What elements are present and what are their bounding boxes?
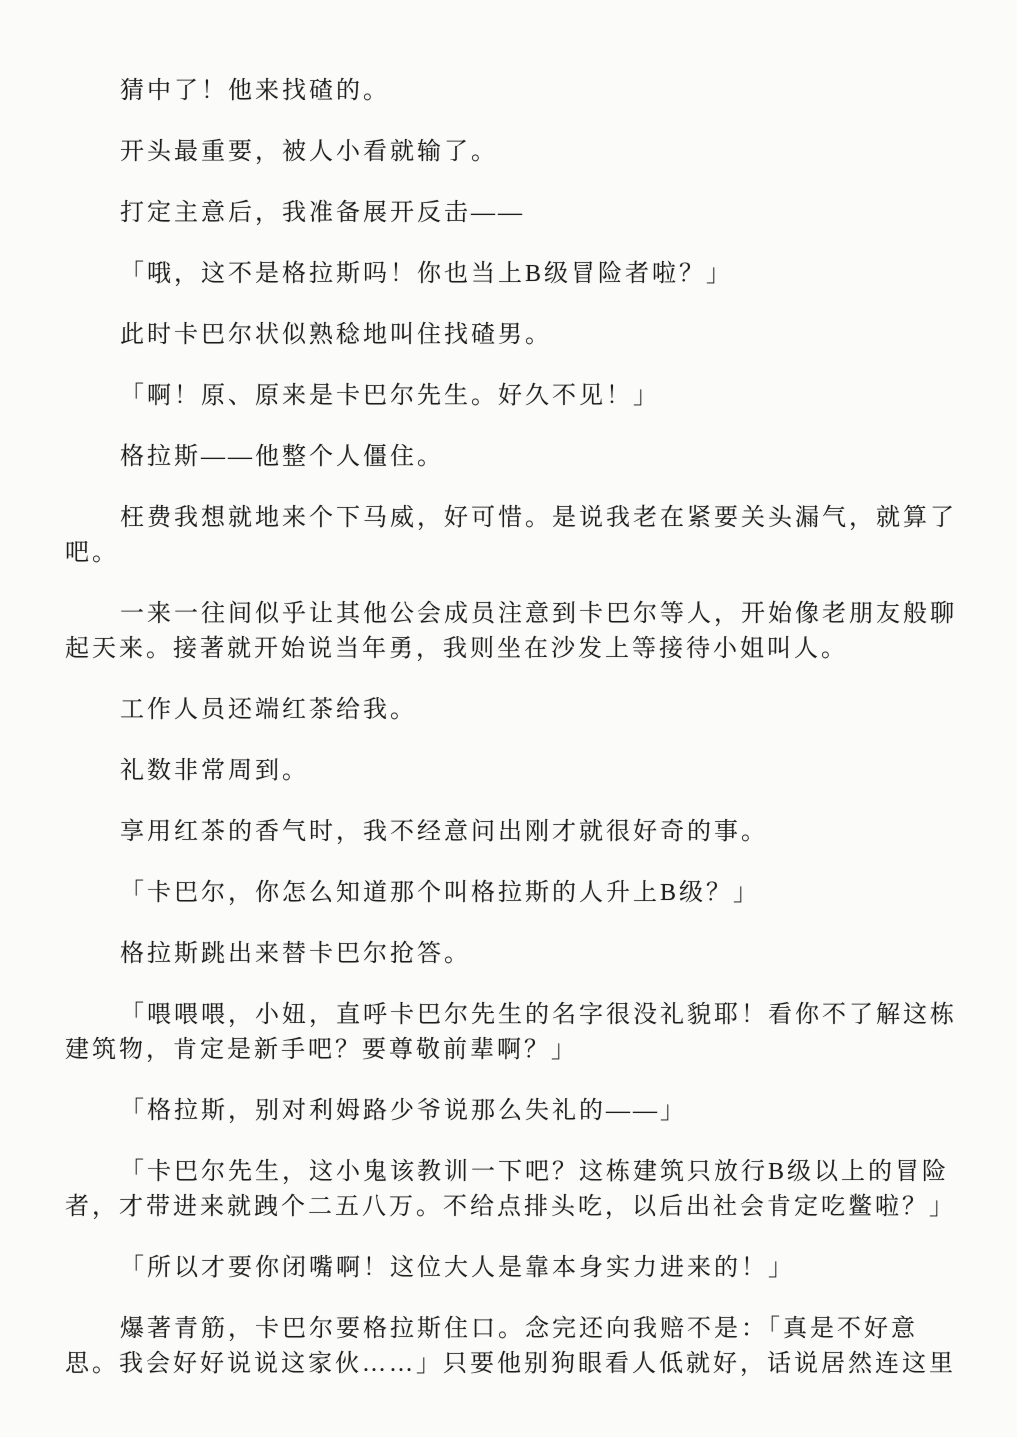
paragraph: 「喂喂喂，小妞，直呼卡巴尔先生的名字很没礼貌耶！看你不了解这栋建筑物，肯定是新手… — [65, 998, 959, 1068]
paragraph: 猜中了！他来找碴的。 — [65, 74, 959, 109]
text-line: 爆著青筋，卡巴尔要格拉斯住口。念完还向我赔不是：「真是不好意 — [65, 1312, 959, 1347]
text-line: 打定主意后，我准备展开反击—— — [65, 196, 959, 231]
text-line: 「所以才要你闭嘴啊！这位大人是靠本身实力进来的！」 — [65, 1251, 959, 1286]
paragraph: 礼数非常周到。 — [65, 754, 959, 789]
paragraph: 一来一往间似乎让其他公会成员注意到卡巴尔等人，开始像老朋友般聊起天来。接著就开始… — [65, 597, 959, 667]
text-line: 枉费我想就地来个下马威，好可惜。是说我老在紧要关头漏气，就算了 — [65, 501, 959, 536]
paragraph: 享用红茶的香气时，我不经意问出刚才就很好奇的事。 — [65, 815, 959, 850]
text-line: 猜中了！他来找碴的。 — [65, 74, 959, 109]
text-line: 开头最重要，被人小看就输了。 — [65, 135, 959, 170]
paragraph: 「卡巴尔，你怎么知道那个叫格拉斯的人升上B级？」 — [65, 876, 959, 911]
paragraph: 工作人员还端红茶给我。 — [65, 693, 959, 728]
paragraph: 「所以才要你闭嘴啊！这位大人是靠本身实力进来的！」 — [65, 1251, 959, 1286]
text-line: 思。我会好好说说这家伙……」只要他别狗眼看人低就好，话说居然连这里 — [65, 1347, 959, 1382]
paragraph: 「格拉斯，别对利姆路少爷说那么失礼的——」 — [65, 1094, 959, 1129]
text-line: 者，才带进来就跩个二五八万。不给点排头吃，以后出社会肯定吃鳖啦？」 — [65, 1190, 959, 1225]
paragraph: 打定主意后，我准备展开反击—— — [65, 196, 959, 231]
text-line: 工作人员还端红茶给我。 — [65, 693, 959, 728]
text-line: 此时卡巴尔状似熟稔地叫住找碴男。 — [65, 318, 959, 353]
paragraph: 格拉斯跳出来替卡巴尔抢答。 — [65, 937, 959, 972]
text-line: 起天来。接著就开始说当年勇，我则坐在沙发上等接待小姐叫人。 — [65, 632, 959, 667]
text-line: 「卡巴尔先生，这小鬼该教训一下吧？这栋建筑只放行B级以上的冒险 — [65, 1155, 959, 1190]
paragraph: 爆著青筋，卡巴尔要格拉斯住口。念完还向我赔不是：「真是不好意思。我会好好说说这家… — [65, 1312, 959, 1382]
text-line: 格拉斯——他整个人僵住。 — [65, 440, 959, 475]
paragraph: 开头最重要，被人小看就输了。 — [65, 135, 959, 170]
text-line: 吧。 — [65, 536, 959, 571]
paragraph: 格拉斯——他整个人僵住。 — [65, 440, 959, 475]
text-content: 猜中了！他来找碴的。开头最重要，被人小看就输了。打定主意后，我准备展开反击——「… — [65, 74, 959, 1382]
paragraph: 「啊！原、原来是卡巴尔先生。好久不见！」 — [65, 379, 959, 414]
paragraph: 「卡巴尔先生，这小鬼该教训一下吧？这栋建筑只放行B级以上的冒险者，才带进来就跩个… — [65, 1155, 959, 1225]
text-line: 「格拉斯，别对利姆路少爷说那么失礼的——」 — [65, 1094, 959, 1129]
text-line: 建筑物，肯定是新手吧？要尊敬前辈啊？」 — [65, 1033, 959, 1068]
text-line: 礼数非常周到。 — [65, 754, 959, 789]
document-page: 猜中了！他来找碴的。开头最重要，被人小看就输了。打定主意后，我准备展开反击——「… — [0, 0, 1017, 1437]
text-line: 「哦，这不是格拉斯吗！你也当上B级冒险者啦？」 — [65, 257, 959, 292]
paragraph: 此时卡巴尔状似熟稔地叫住找碴男。 — [65, 318, 959, 353]
text-line: 「啊！原、原来是卡巴尔先生。好久不见！」 — [65, 379, 959, 414]
text-line: 格拉斯跳出来替卡巴尔抢答。 — [65, 937, 959, 972]
text-line: 享用红茶的香气时，我不经意问出刚才就很好奇的事。 — [65, 815, 959, 850]
paragraph: 枉费我想就地来个下马威，好可惜。是说我老在紧要关头漏气，就算了吧。 — [65, 501, 959, 571]
paragraph: 「哦，这不是格拉斯吗！你也当上B级冒险者啦？」 — [65, 257, 959, 292]
text-line: 「喂喂喂，小妞，直呼卡巴尔先生的名字很没礼貌耶！看你不了解这栋 — [65, 998, 959, 1033]
text-line: 「卡巴尔，你怎么知道那个叫格拉斯的人升上B级？」 — [65, 876, 959, 911]
text-line: 一来一往间似乎让其他公会成员注意到卡巴尔等人，开始像老朋友般聊 — [65, 597, 959, 632]
